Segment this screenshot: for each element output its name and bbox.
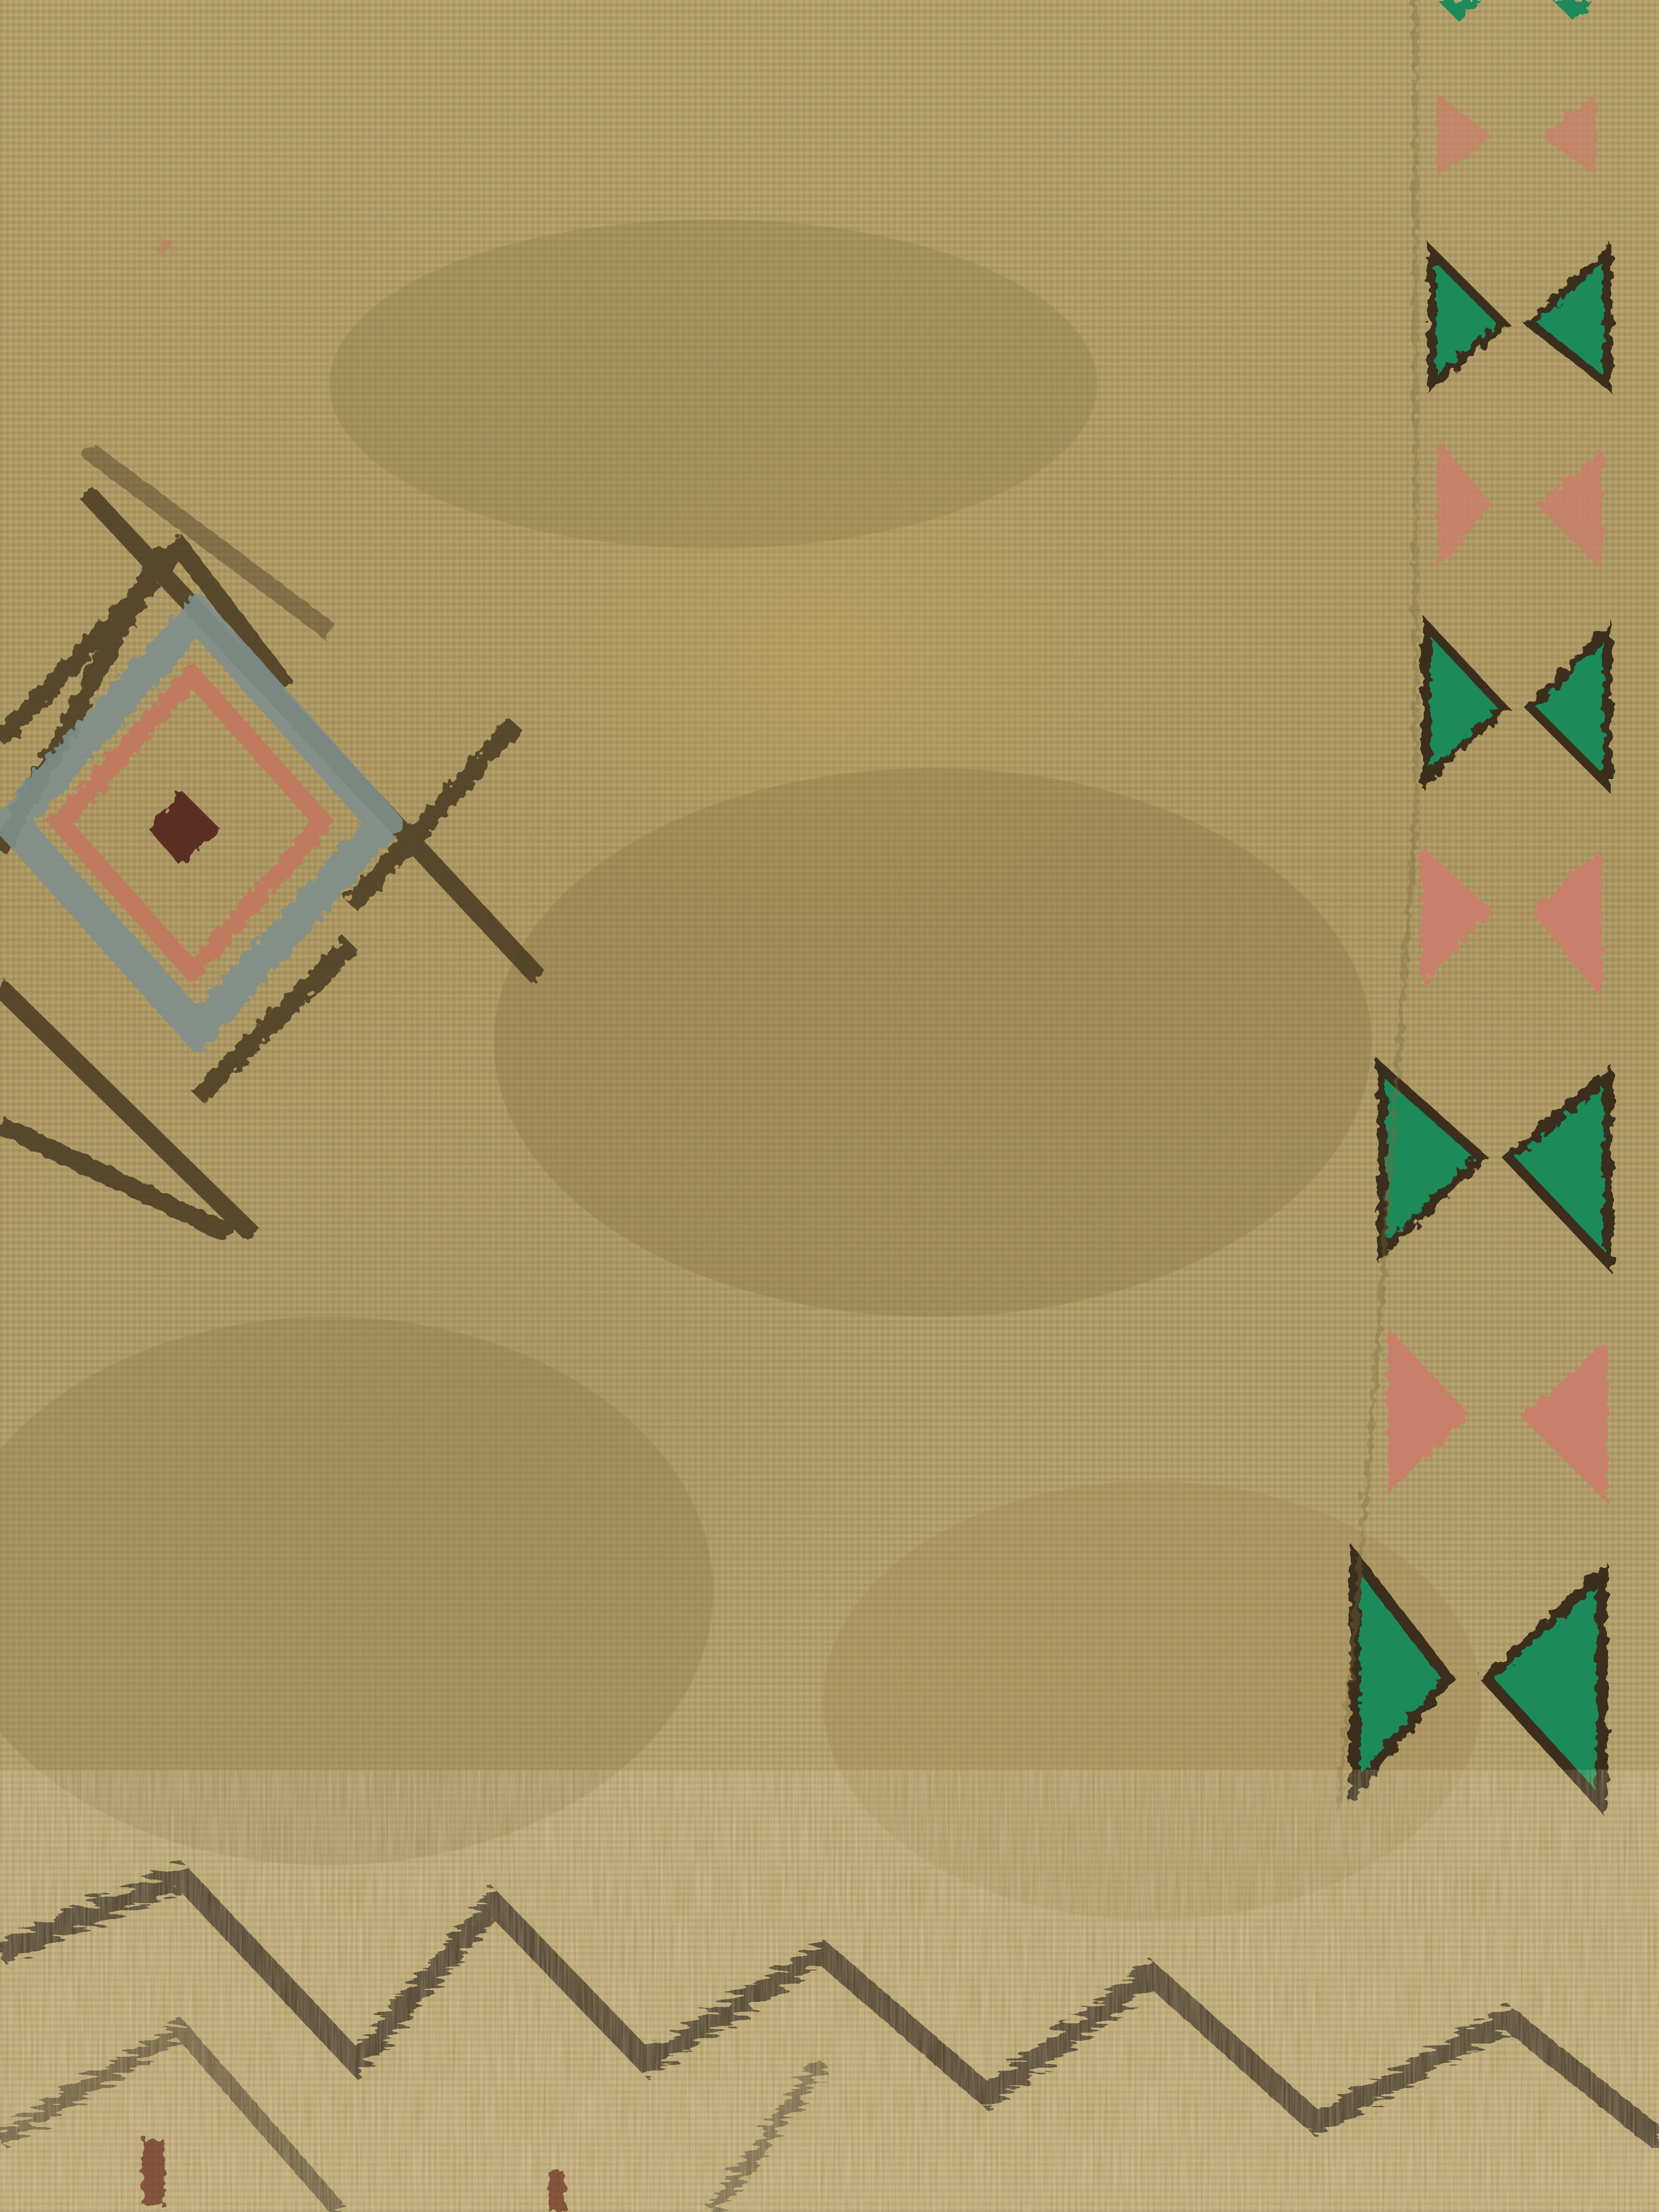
faint-dot <box>156 238 173 256</box>
rug-pattern <box>0 0 1659 2212</box>
shag-streaks <box>0 1810 1659 2212</box>
rug-photo: Camel/ochre wool pile with a dark brown … <box>0 0 1659 2212</box>
